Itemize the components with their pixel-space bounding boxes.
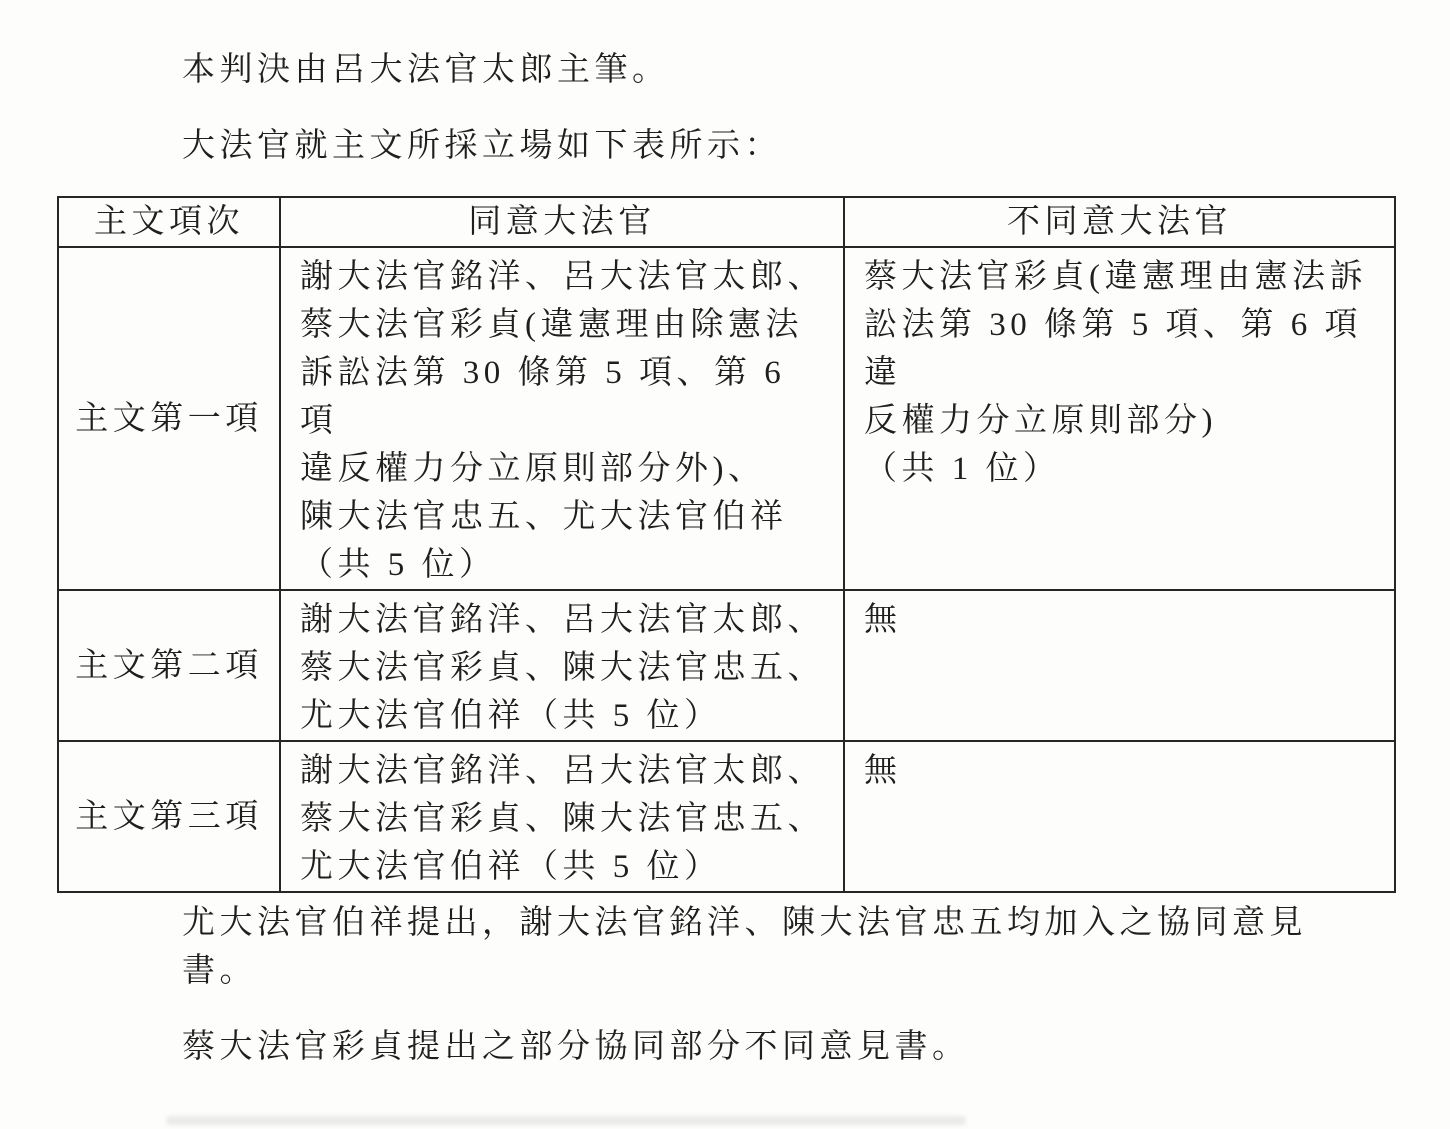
holding-2-label: 主文第二項 — [58, 590, 280, 741]
justice-position-table: 主文項次 同意大法官 不同意大法官 主文第一項 謝大法官銘洋、呂大法官太郎、 蔡… — [57, 196, 1396, 893]
header-holding-item: 主文項次 — [58, 197, 280, 247]
holding-1-disagree-cell: 蔡大法官彩貞(違憲理由憲法訴 訟法第 30 條第 5 項、第 6 項違 反權力分… — [844, 247, 1395, 590]
holding-1-label: 主文第一項 — [58, 247, 280, 590]
holding-1-agree-cell: 謝大法官銘洋、呂大法官太郎、 蔡大法官彩貞(違憲理由除憲法 訴訟法第 30 條第… — [280, 247, 844, 590]
paragraph-concurring-opinion: 尤大法官伯祥提出，謝大法官銘洋、陳大法官忠五均加入之協同意見 書。 — [182, 899, 1342, 995]
header-disagreeing-justices: 不同意大法官 — [844, 197, 1395, 247]
header-agreeing-justices: 同意大法官 — [280, 197, 844, 247]
paragraph-table-intro: 大法官就主文所採立場如下表所示： — [182, 122, 782, 170]
paragraph-partial-dissent: 蔡大法官彩貞提出之部分協同部分不同意見書。 — [182, 1023, 1342, 1071]
holding-3-agree-cell: 謝大法官銘洋、呂大法官太郎、 蔡大法官彩貞、陳大法官忠五、 尤大法官伯祥（共 5… — [280, 741, 844, 892]
holding-3-label: 主文第三項 — [58, 741, 280, 892]
holding-3-disagree-cell: 無 — [844, 741, 1395, 892]
table-row-holding-2: 主文第二項 謝大法官銘洋、呂大法官太郎、 蔡大法官彩貞、陳大法官忠五、 尤大法官… — [58, 590, 1395, 741]
table-row-holding-1: 主文第一項 謝大法官銘洋、呂大法官太郎、 蔡大法官彩貞(違憲理由除憲法 訴訟法第… — [58, 247, 1395, 590]
paragraph-judgment-author: 本判決由呂大法官太郎主筆。 — [182, 46, 670, 94]
table-header-row: 主文項次 同意大法官 不同意大法官 — [58, 197, 1395, 247]
table-row-holding-3: 主文第三項 謝大法官銘洋、呂大法官太郎、 蔡大法官彩貞、陳大法官忠五、 尤大法官… — [58, 741, 1395, 892]
next-line-cutoff-hint — [166, 1116, 966, 1125]
holding-2-disagree-cell: 無 — [844, 590, 1395, 741]
holding-2-agree-cell: 謝大法官銘洋、呂大法官太郎、 蔡大法官彩貞、陳大法官忠五、 尤大法官伯祥（共 5… — [280, 590, 844, 741]
